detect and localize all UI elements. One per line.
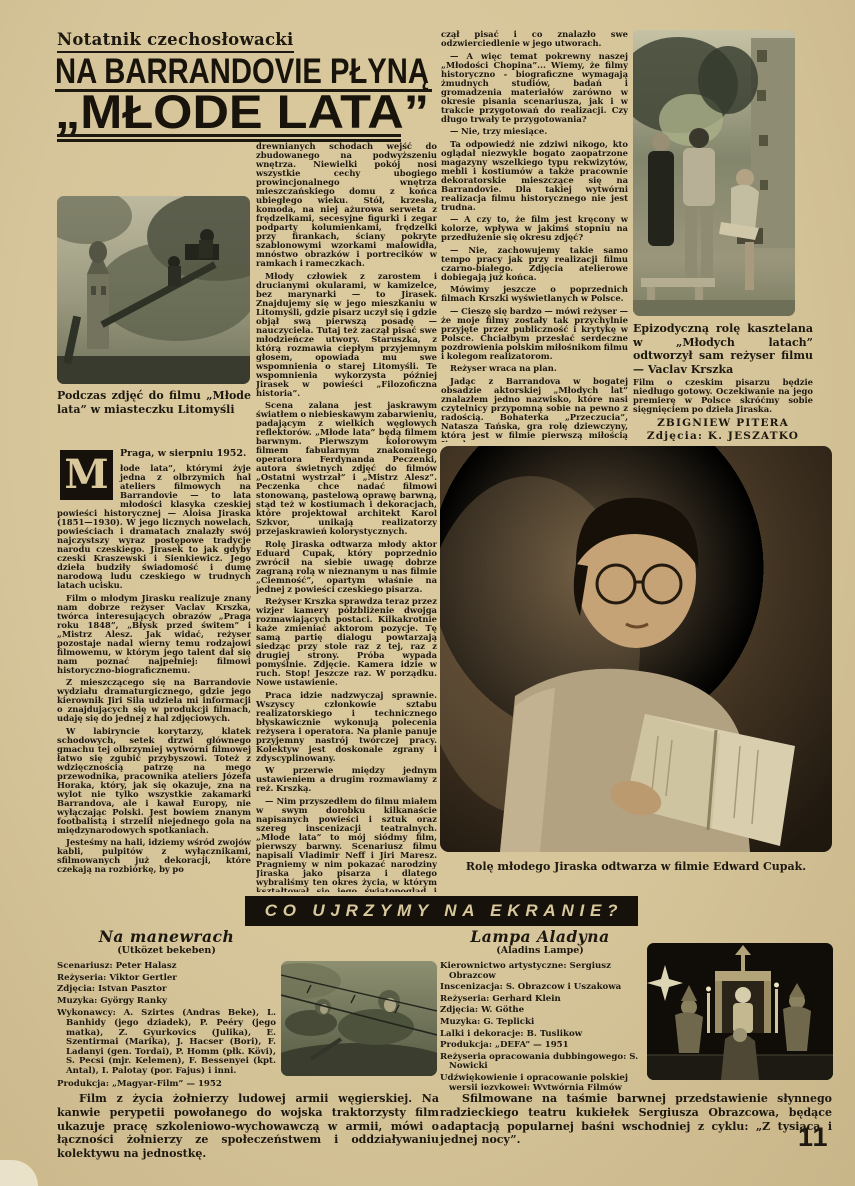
article-paragraph: Mówimy jeszcze o poprzednich filmach Krs… bbox=[441, 285, 628, 303]
article-paragraph: — Cieszę się bardzo — mówi reżyser — że … bbox=[441, 307, 628, 361]
section-banner: CO UJRZYMY NA EKRANIE? bbox=[245, 896, 638, 926]
article-paragraph: — A czy to, że film jest kręcony w kolor… bbox=[441, 215, 628, 242]
film-block-lampa-aladyna: Lampa Aladyna (Aladins Lampe) Kierownict… bbox=[440, 928, 640, 1090]
article-paragraph: Z mieszczącego się na Barrandovie wydzia… bbox=[57, 678, 251, 723]
film1-credit: Scenariusz: Peter Halasz bbox=[57, 962, 276, 972]
headline-line1: NA BARRANDOVIE PŁYNĄ bbox=[54, 52, 436, 90]
article-paragraph: Film o młodym Jirasku realizuje znany na… bbox=[57, 594, 251, 675]
film1-credit: Reżyseria: Viktor Gertler bbox=[57, 974, 276, 984]
film1-title: Na manewrach bbox=[57, 928, 276, 945]
headline-double-rule-top bbox=[57, 134, 401, 137]
main-photo-caption: Rolę młodego Jiraska odtwarza w filmie E… bbox=[440, 860, 832, 874]
film2-summary: Sfilmowane na taśmie barwnej przedstawie… bbox=[440, 1092, 832, 1147]
film-block-na-manewrach: Na manewrach (Utközet bekeben) Scenarius… bbox=[57, 928, 276, 1090]
film2-credit: Reżyseria opracowania dubbingowego: S. N… bbox=[440, 1053, 640, 1072]
photo-crew-on-steps bbox=[633, 30, 795, 316]
section-label: Notatnik czechosłowacki bbox=[57, 31, 294, 53]
article-paragraph: Młody człowiek z zarostem i drucianymi o… bbox=[256, 272, 437, 398]
article-paragraph: — A więc temat pokrewny naszej „Młodości… bbox=[441, 52, 628, 124]
film2-credit: Produkcja: „DEFA” — 1951 bbox=[440, 1041, 640, 1051]
photo-actor-reading bbox=[440, 446, 832, 852]
magazine-page: Notatnik czechosłowacki NA BARRANDOVIE P… bbox=[0, 0, 855, 1186]
film2-credit: Muzyka: G. Teplicki bbox=[440, 1018, 640, 1028]
article-paragraph: — Nie, trzy miesiące. bbox=[441, 127, 628, 136]
film2-credit: Reżyseria: Gerhard Klein bbox=[440, 995, 640, 1005]
article-column-2: drewnianych schodach wejść do zbudowaneg… bbox=[256, 142, 437, 892]
article-column-1: M Praga, w sierpniu 1952. łode lata”, kt… bbox=[57, 448, 251, 880]
film2-credit: Zdjęcia: W. Göthe bbox=[440, 1006, 640, 1016]
article-paragraph: Jadąc z Barrandova w bogatej obsadzie ak… bbox=[441, 377, 628, 443]
article-paragraph: Rolę Jiraska odtwarza młody aktor Eduard… bbox=[256, 540, 437, 594]
article-column-3: czął pisać i co znalazło swe odzwiercied… bbox=[441, 30, 628, 442]
film2-credit: Inscenizacja: S. Obrazcow i Uszakowa bbox=[440, 983, 640, 993]
article-paragraph: Reżyser Krszka sprawdza teraz przez wizj… bbox=[256, 597, 437, 687]
article-paragraph: W labiryncie korytarzy, klatek schodowyc… bbox=[57, 727, 251, 835]
article-paragraph: czął pisać i co znalazło swe odzwiercied… bbox=[441, 30, 628, 48]
article-paragraph: Ta odpowiedź nie zdziwi nikogo, kto oglą… bbox=[441, 140, 628, 212]
article-paragraph: — Nie, zachowujemy takie samo tempo prac… bbox=[441, 246, 628, 282]
film2-credit: Udźwiękowienie i opracowanie polskiej we… bbox=[440, 1074, 640, 1090]
photo-soldiers-training bbox=[281, 961, 437, 1076]
film1-production: Produkcja: „Magyar-Film” — 1952 bbox=[57, 1080, 276, 1090]
headline-line1-text: NA BARRANDOVIE PŁYNĄ bbox=[55, 52, 429, 90]
film2-credit: Kierownictwo artystyczne: Sergiusz Obraz… bbox=[440, 962, 640, 981]
page-corner-curl bbox=[0, 1160, 38, 1186]
film1-original-title: (Utközet bekeben) bbox=[57, 945, 276, 957]
byline: ZBIGNIEW PITERA bbox=[633, 417, 813, 430]
film1-credit: Zdjęcia: Istvan Pasztor bbox=[57, 985, 276, 995]
section-banner-text: CO UJRZYMY NA EKRANIE? bbox=[260, 901, 624, 921]
film2-title: Lampa Aladyna bbox=[440, 928, 640, 945]
headline-line2: „MŁODE LATA” bbox=[54, 90, 436, 134]
film2-original-title: (Aladins Lampe) bbox=[440, 945, 640, 957]
film2-credit: Lalki i dekoracje: B. Tuslikow bbox=[440, 1030, 640, 1040]
article-paragraph: — Nim przyszedłem do filmu miałem w swym… bbox=[256, 797, 437, 893]
closing-paragraph: Film o czeskim pisarzu będzie niedługo g… bbox=[633, 378, 813, 414]
page-number: 11 bbox=[798, 1124, 829, 1151]
article-paragraph: Reżyser wraca na plan. bbox=[441, 364, 628, 373]
article-paragraph: Praca idzie nadzwyczaj sprawnie. Wszyscy… bbox=[256, 691, 437, 763]
article-paragraph: drewnianych schodach wejść do zbudowaneg… bbox=[256, 142, 437, 268]
film1-summary: Film z życia żołnierzy ludowej armii węg… bbox=[57, 1092, 439, 1161]
photo-puppet-theatre bbox=[647, 943, 833, 1080]
film1-credit: Muzyka: György Ranky bbox=[57, 997, 276, 1007]
article-paragraph: W przerwie między jednym ustawieniem a d… bbox=[256, 766, 437, 793]
article-paragraph: Jesteśmy na hali, idziemy wśród zwojów k… bbox=[57, 838, 251, 874]
right-photo-caption: Epizodyczną rolę kasztelana w „Młodych l… bbox=[633, 322, 813, 376]
dropcap-m: M bbox=[60, 450, 113, 500]
headline-line2-text: „MŁODE LATA” bbox=[55, 90, 429, 134]
article-paragraph: Scena zalana jest jaskrawym światłem o n… bbox=[256, 401, 437, 536]
photo-credit: Zdjęcia: K. JESZATKO bbox=[633, 430, 813, 443]
film1-cast: Wykonawcy: A. Szirtes (Andras Beke), L. … bbox=[57, 1009, 276, 1076]
photo-film-set bbox=[57, 196, 250, 384]
lead-photo-caption: Podczas zdjęć do filmu „Młode lata” w mi… bbox=[57, 389, 251, 416]
